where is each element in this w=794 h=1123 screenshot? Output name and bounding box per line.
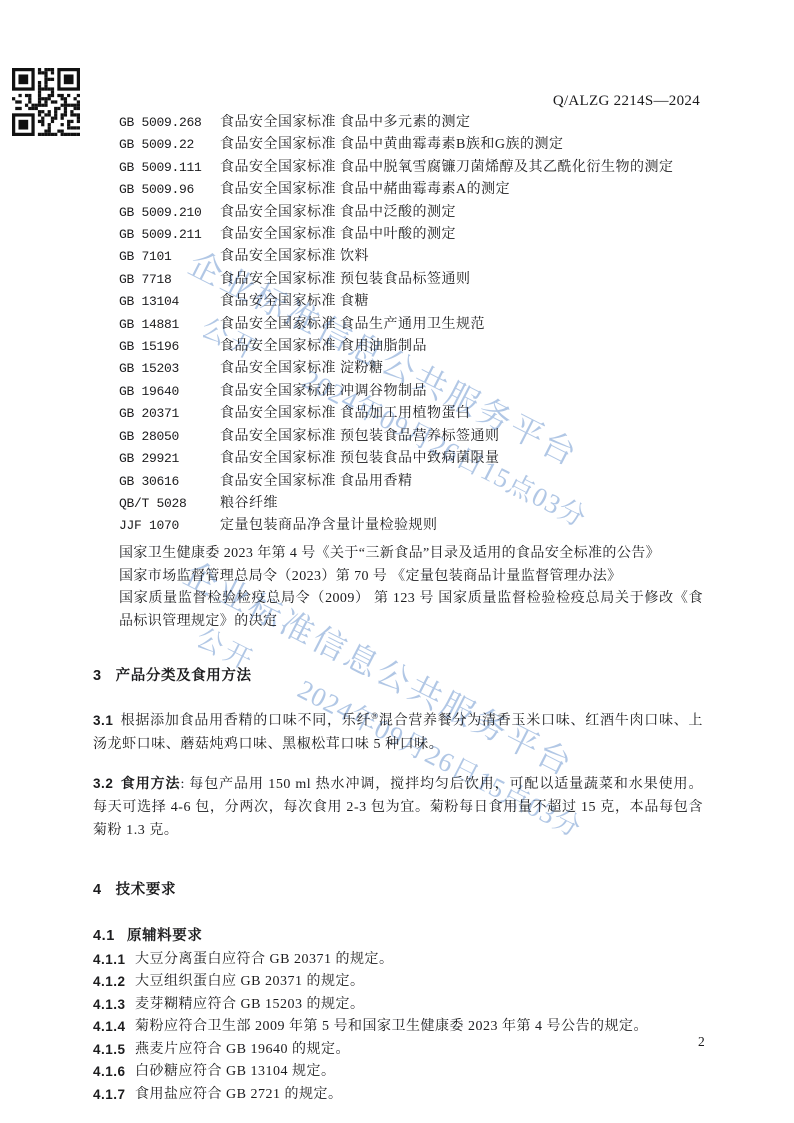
reference-row: QB/T 5028粮谷纤维 <box>119 493 703 515</box>
reference-title: 食品安全国家标准 食品中多元素的测定 <box>220 112 471 134</box>
reference-title: 食品安全国家标准 预包装食品中致病菌限量 <box>220 448 500 470</box>
notice-line: 国家市场监督管理总局令（2023）第 70 号 《定量包装商品计量监督管理办法》 <box>119 566 703 589</box>
doc-code: Q/ALZG 2214S—2024 <box>553 93 700 110</box>
clause-number: 4.1.4 <box>93 1016 135 1039</box>
section-4-number: 4 <box>93 882 102 898</box>
reference-row: GB 29921食品安全国家标准 预包装食品中致病菌限量 <box>119 448 703 470</box>
section-3-heading: 3产品分类及食用方法 <box>93 664 703 685</box>
clause-text: 食用盐应符合 GB 2721 的规定。 <box>135 1084 342 1107</box>
reference-code: GB 13104 <box>119 291 220 313</box>
reference-title: 食品安全国家标准 食品中脱氧雪腐镰刀菌烯醇及其乙酰化衍生物的测定 <box>220 157 674 179</box>
reference-title: 粮谷纤维 <box>220 493 278 515</box>
clause-row: 4.1.6白砂糖应符合 GB 13104 规定。 <box>93 1061 703 1084</box>
document-body: GB 5009.268食品安全国家标准 食品中多元素的测定 GB 5009.22… <box>93 112 703 1106</box>
reference-row: GB 7101食品安全国家标准 饮料 <box>119 246 703 268</box>
clause-3-2: 3.2食用方法: 每包产品用 150 ml 热水冲调，搅拌均匀后饮用，可配以适量… <box>93 772 703 842</box>
reference-title: 食品安全国家标准 预包装食品标签通则 <box>220 269 471 291</box>
reference-code: GB 15196 <box>119 336 220 358</box>
clause-3-2-label: 食用方法 <box>120 775 180 791</box>
reference-title: 食品安全国家标准 食品生产通用卫生规范 <box>220 314 485 336</box>
clause-text: 大豆组织蛋白应 GB 20371 的规定。 <box>135 971 364 994</box>
reference-row: GB 28050食品安全国家标准 预包装食品营养标签通则 <box>119 426 703 448</box>
reference-code: GB 5009.22 <box>119 134 220 156</box>
reference-title: 食品安全国家标准 淀粉糖 <box>220 358 384 380</box>
clause-text: 大豆分离蛋白应符合 GB 20371 的规定。 <box>135 949 393 972</box>
reference-code: GB 7101 <box>119 246 220 268</box>
reference-code: GB 5009.210 <box>119 202 220 224</box>
reference-title: 定量包装商品净含量计量检验规则 <box>220 515 438 537</box>
page-number: 2 <box>698 1034 705 1050</box>
reference-title: 食品安全国家标准 食品中泛酸的测定 <box>220 202 456 224</box>
reference-row: JJF 1070定量包装商品净含量计量检验规则 <box>119 515 703 537</box>
reference-title: 食品安全国家标准 食品中黄曲霉毒素B族和G族的测定 <box>220 134 563 156</box>
reference-title: 食品安全国家标准 食品加工用植物蛋白 <box>220 403 471 425</box>
clause-number: 4.1.3 <box>93 994 135 1017</box>
reference-row: GB 20371食品安全国家标准 食品加工用植物蛋白 <box>119 403 703 425</box>
clause-3-1: 3.1根据添加食品用香精的口味不同，乐纤®混合营养餐分为清香玉米口味、红酒牛肉口… <box>93 705 703 756</box>
clause-3-2-number: 3.2 <box>93 776 113 791</box>
document-page: Q/ALZG 2214S—2024 企业标准信息公共服务平台 公开2024年09… <box>0 0 794 1123</box>
reference-code: GB 5009.96 <box>119 179 220 201</box>
reference-title: 食品安全国家标准 预包装食品营养标签通则 <box>220 426 500 448</box>
clause-row: 4.1.4菊粉应符合卫生部 2009 年第 5 号和国家卫生健康委 2023 年… <box>93 1016 703 1039</box>
reference-row: GB 7718食品安全国家标准 预包装食品标签通则 <box>119 269 703 291</box>
reference-code: GB 7718 <box>119 269 220 291</box>
section-4-1-heading: 4.1原辅料要求 <box>93 924 703 945</box>
clause-text: 菊粉应符合卫生部 2009 年第 5 号和国家卫生健康委 2023 年第 4 号… <box>135 1016 648 1039</box>
reference-code: GB 20371 <box>119 403 220 425</box>
reference-code: GB 5009.268 <box>119 112 220 134</box>
clause-text: 麦芽糊精应符合 GB 15203 的规定。 <box>135 994 364 1017</box>
clause-row: 4.1.2大豆组织蛋白应 GB 20371 的规定。 <box>93 971 703 994</box>
clause-number: 4.1.2 <box>93 971 135 994</box>
clause-number: 4.1.7 <box>93 1084 135 1107</box>
clause-row: 4.1.5燕麦片应符合 GB 19640 的规定。 <box>93 1039 703 1062</box>
section-3-title: 产品分类及食用方法 <box>116 668 252 684</box>
clause-row: 4.1.1大豆分离蛋白应符合 GB 20371 的规定。 <box>93 949 703 972</box>
reference-code: GB 14881 <box>119 314 220 336</box>
clause-row: 4.1.7食用盐应符合 GB 2721 的规定。 <box>93 1084 703 1107</box>
reference-title: 食品安全国家标准 食品中叶酸的测定 <box>220 224 456 246</box>
reference-row: GB 5009.268食品安全国家标准 食品中多元素的测定 <box>119 112 703 134</box>
reference-code: GB 29921 <box>119 448 220 470</box>
section-3-number: 3 <box>93 668 102 684</box>
reference-row: GB 19640食品安全国家标准 冲调谷物制品 <box>119 381 703 403</box>
clause-3-1-text: 根据添加食品用香精的口味不同，乐纤 <box>120 714 371 729</box>
clause-3-1-number: 3.1 <box>93 713 113 728</box>
raw-material-clauses: 4.1.1大豆分离蛋白应符合 GB 20371 的规定。 4.1.2大豆组织蛋白… <box>93 949 703 1107</box>
section-4-title: 技术要求 <box>116 882 176 898</box>
section-4-1-title: 原辅料要求 <box>127 928 203 944</box>
clause-text: 燕麦片应符合 GB 19640 的规定。 <box>135 1039 350 1062</box>
reference-code: GB 28050 <box>119 426 220 448</box>
clause-text: 白砂糖应符合 GB 13104 规定。 <box>135 1061 335 1084</box>
reference-row: GB 5009.22食品安全国家标准 食品中黄曲霉毒素B族和G族的测定 <box>119 134 703 156</box>
reference-row: GB 5009.96食品安全国家标准 食品中赭曲霉毒素A的测定 <box>119 179 703 201</box>
reference-code: JJF 1070 <box>119 515 220 537</box>
reference-code: GB 30616 <box>119 471 220 493</box>
reference-row: GB 5009.211食品安全国家标准 食品中叶酸的测定 <box>119 224 703 246</box>
notice-line: 国家质量监督检验检疫总局令（2009） 第 123 号 国家质量监督检验检疫总局… <box>119 588 703 634</box>
reference-title: 食品安全国家标准 食糖 <box>220 291 369 313</box>
regulatory-notices: 国家卫生健康委 2023 年第 4 号《关于“三新食品”目录及适用的食品安全标准… <box>93 543 703 634</box>
reference-row: GB 30616食品安全国家标准 食品用香精 <box>119 471 703 493</box>
reference-row: GB 5009.210食品安全国家标准 食品中泛酸的测定 <box>119 202 703 224</box>
clause-3-2-text: : 每包产品用 150 ml 热水冲调，搅拌均匀后饮用，可配以适量蔬菜和水果使用… <box>93 777 703 838</box>
reference-row: GB 5009.111食品安全国家标准 食品中脱氧雪腐镰刀菌烯醇及其乙酰化衍生物… <box>119 157 703 179</box>
section-4-1-number: 4.1 <box>93 928 115 944</box>
notice-line: 国家卫生健康委 2023 年第 4 号《关于“三新食品”目录及适用的食品安全标准… <box>119 543 703 566</box>
clause-number: 4.1.5 <box>93 1039 135 1062</box>
reference-row: GB 15196食品安全国家标准 食用油脂制品 <box>119 336 703 358</box>
reference-code: GB 19640 <box>119 381 220 403</box>
reference-title: 食品安全国家标准 食品用香精 <box>220 471 413 493</box>
section-4-heading: 4技术要求 <box>93 878 703 899</box>
clause-number: 4.1.6 <box>93 1061 135 1084</box>
reference-code: QB/T 5028 <box>119 493 220 515</box>
clause-number: 4.1.1 <box>93 949 135 972</box>
reference-code: GB 15203 <box>119 358 220 380</box>
reference-code: GB 5009.211 <box>119 224 220 246</box>
registered-trademark-mark: ® <box>371 711 378 721</box>
reference-row: GB 13104食品安全国家标准 食糖 <box>119 291 703 313</box>
reference-code: GB 5009.111 <box>119 157 220 179</box>
reference-row: GB 15203食品安全国家标准 淀粉糖 <box>119 358 703 380</box>
reference-title: 食品安全国家标准 食用油脂制品 <box>220 336 427 358</box>
reference-title: 食品安全国家标准 饮料 <box>220 246 369 268</box>
normative-references-list: GB 5009.268食品安全国家标准 食品中多元素的测定 GB 5009.22… <box>93 112 703 538</box>
reference-row: GB 14881食品安全国家标准 食品生产通用卫生规范 <box>119 314 703 336</box>
clause-row: 4.1.3麦芽糊精应符合 GB 15203 的规定。 <box>93 994 703 1017</box>
reference-title: 食品安全国家标准 食品中赭曲霉毒素A的测定 <box>220 179 510 201</box>
reference-title: 食品安全国家标准 冲调谷物制品 <box>220 381 427 403</box>
qr-code-icon <box>12 68 80 136</box>
